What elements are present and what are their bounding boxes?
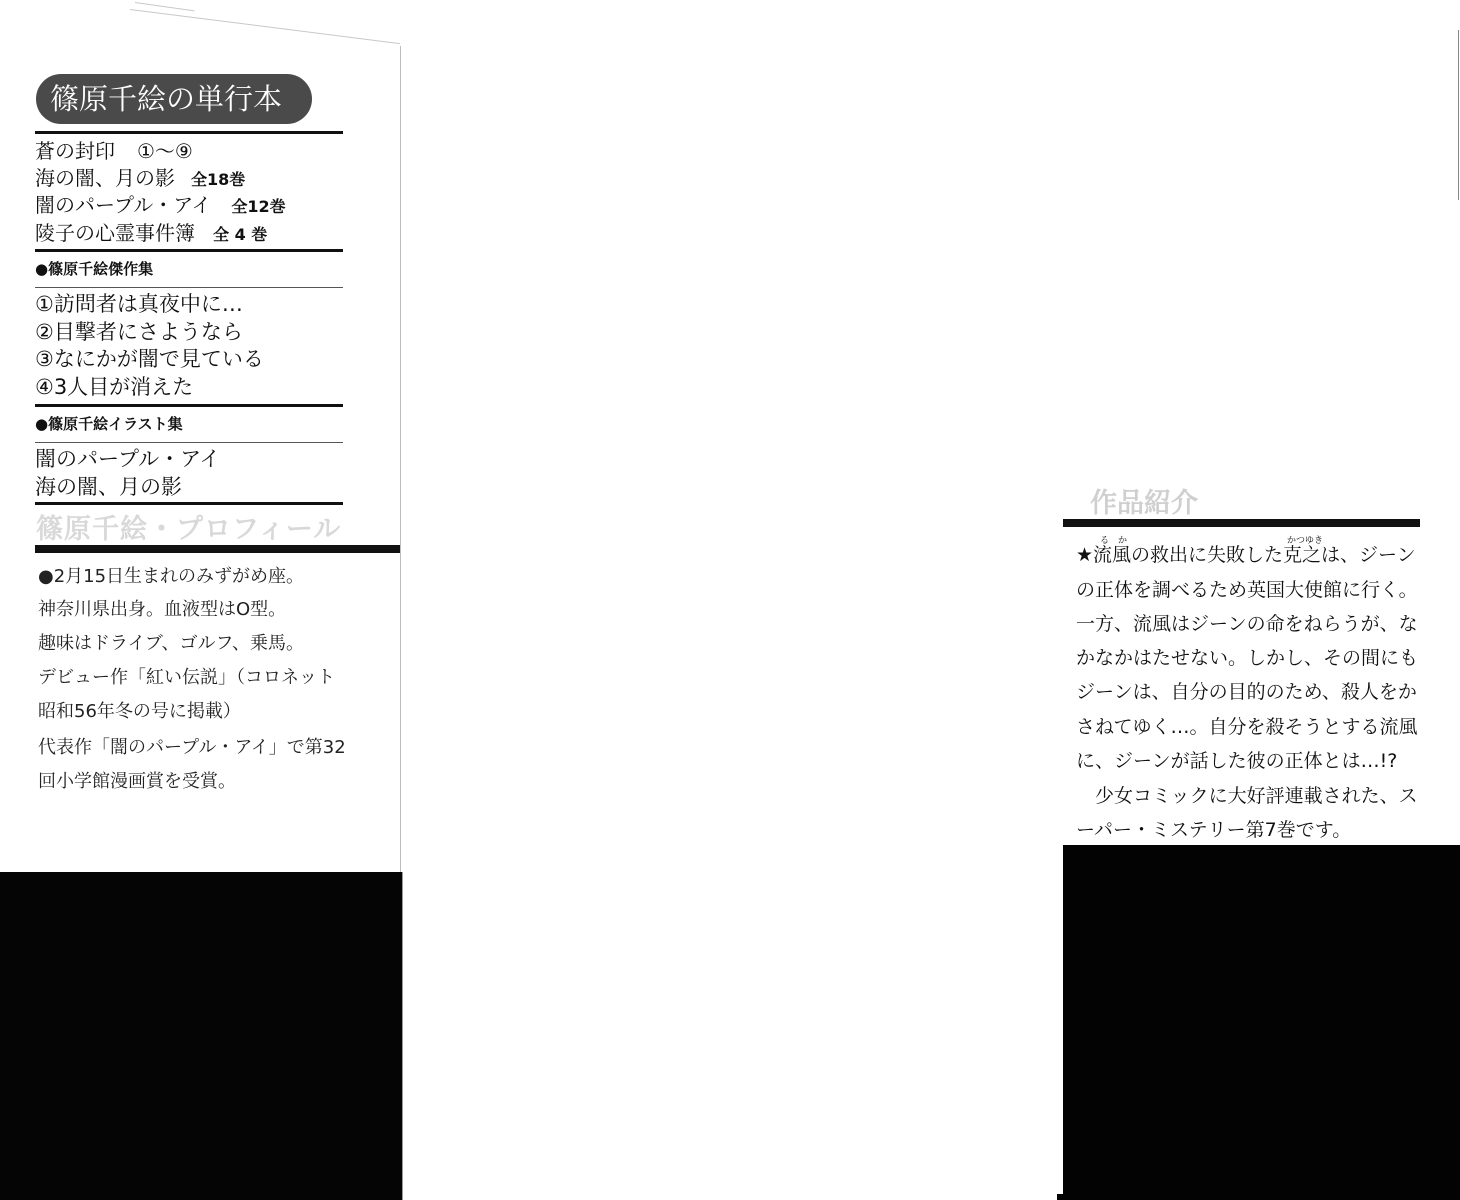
synopsis-line: ーパー・ミステリー第7巻です。: [1076, 818, 1351, 842]
synopsis-line: かなかはたせない。しかし、その間にも: [1076, 646, 1418, 670]
synopsis-line: さねてゆく…。自分を殺そうとする流風: [1076, 715, 1418, 739]
black-cover-notch: [1057, 1194, 1067, 1200]
synopsis-line: 一方、流風はジーンの命をねらうが、な: [1076, 612, 1418, 636]
synopsis-line: に、ジーンが話した彼の正体とは…!?: [1076, 749, 1397, 773]
synopsis-line: ジーンは、自分の目的のため、殺人をか: [1076, 680, 1417, 704]
synopsis-bar: [1063, 519, 1420, 527]
synopsis-line: 少女コミックに大好評連載された、ス: [1076, 784, 1418, 808]
synopsis-line: ★流風の救出に失敗した克之は、ジーン: [1076, 543, 1416, 567]
synopsis-line: の正体を調べるため英国大使館に行く。: [1076, 578, 1418, 602]
synopsis-panel: 作品紹介 る か かつゆき ★流風の救出に失敗した克之は、ジーン の正体を調べる…: [0, 0, 1460, 1200]
black-cover-block: [1063, 845, 1460, 1200]
synopsis-heading: 作品紹介: [1090, 481, 1198, 520]
